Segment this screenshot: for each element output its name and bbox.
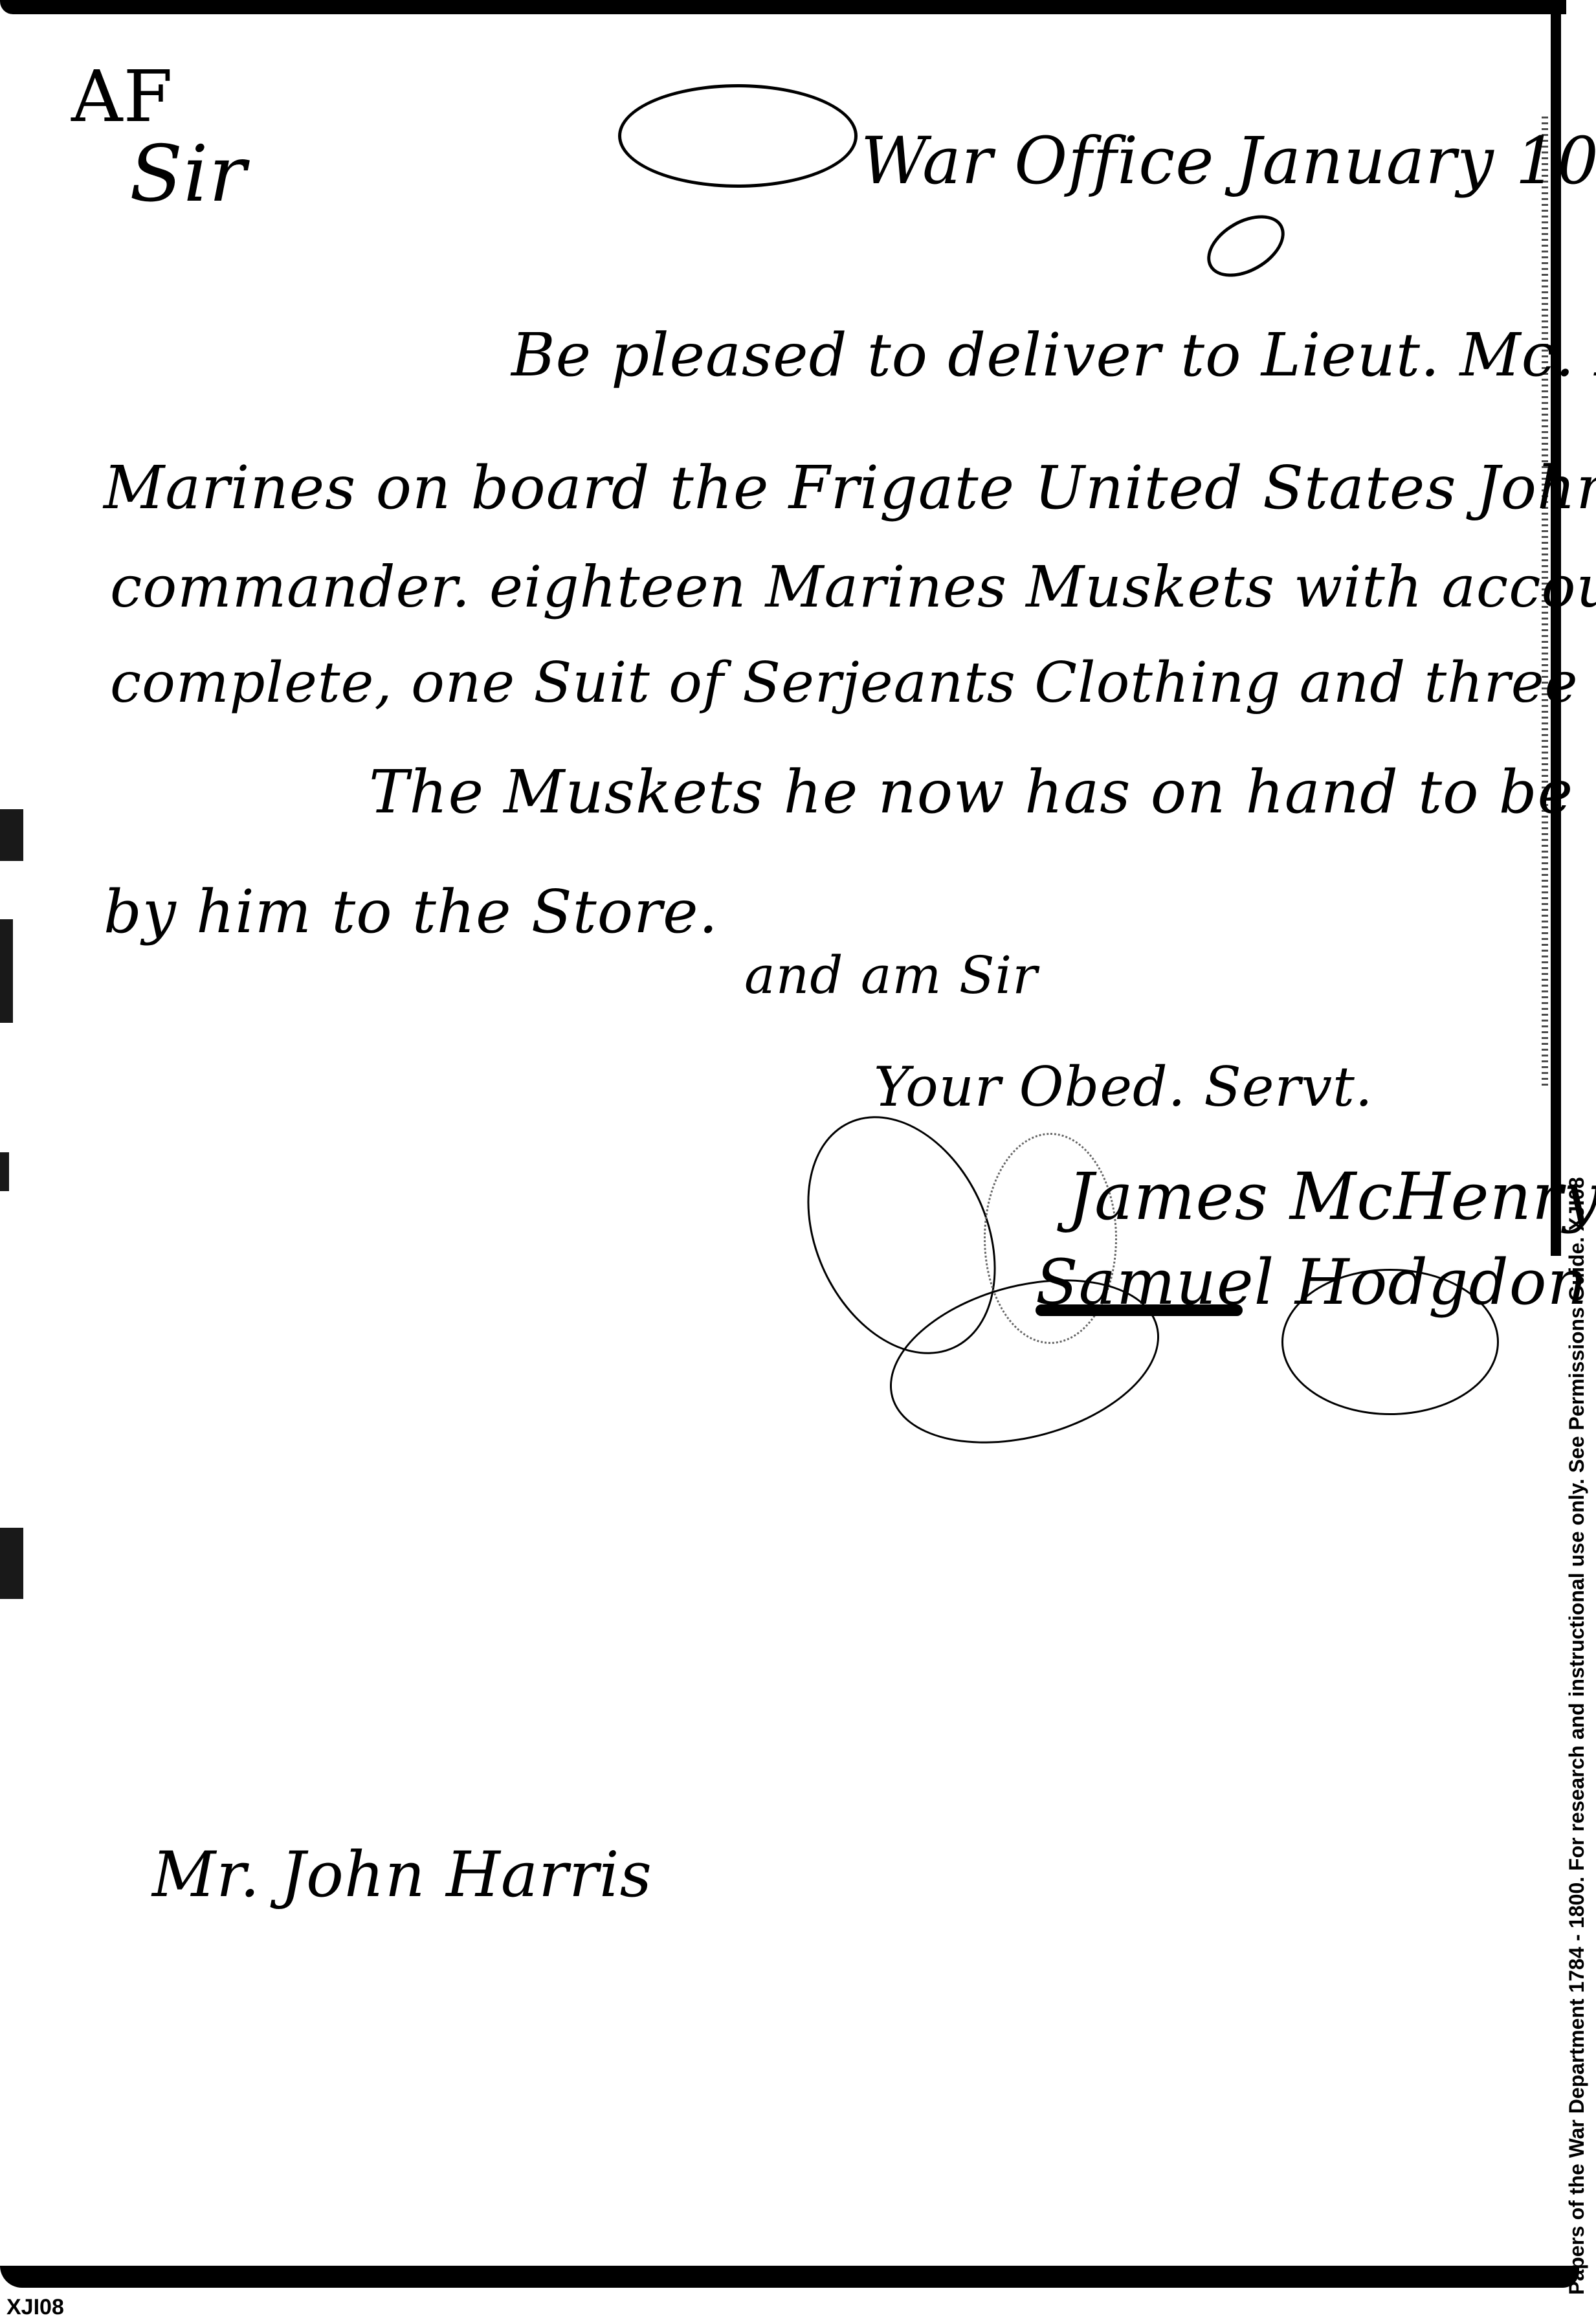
archive-corner-id: XJI08 — [6, 2295, 64, 2320]
dateline-flourish — [618, 84, 858, 188]
scan-border-bottom — [0, 2266, 1579, 2288]
body-line-4: complete, one Suit of Serjeants Clothing… — [110, 651, 1596, 715]
body-line-6: by him to the Store. — [104, 877, 718, 946]
dateline-y-loop — [1197, 203, 1296, 289]
letter-page: AF Sir War Office January 10.th 1798 Be … — [0, 0, 1596, 2324]
salutation: Sir — [129, 129, 247, 219]
scan-edge-mark — [0, 809, 23, 861]
closing-line-1: and am Sir — [744, 945, 1037, 1005]
scan-edge-mark — [0, 1528, 23, 1599]
body-line-5: The Muskets he now has on hand to be ret… — [369, 757, 1596, 827]
body-line-3: commander. eighteen Marines Muskets with… — [110, 553, 1596, 620]
scan-border-top — [0, 0, 1566, 14]
archive-side-caption: Papers of the War Department 1784 - 1800… — [1565, 1177, 1589, 2295]
scan-edge-mark — [0, 919, 13, 1023]
signature-james-mchenry: James McHenry — [1068, 1159, 1596, 1235]
closing-line-2: Your Obed. Servt. — [874, 1055, 1373, 1119]
annotation-mark: AF — [71, 55, 173, 138]
body-line-1: Be pleased to deliver to Lieut. Mc. Rea … — [511, 320, 1596, 390]
dateline: War Office January 10.th 1798 — [861, 123, 1596, 199]
signature-underline — [1036, 1304, 1243, 1316]
signature-flourish — [1281, 1269, 1499, 1415]
addressee: Mr. John Harris — [152, 1838, 652, 1911]
scan-edge-mark — [0, 1152, 9, 1191]
body-line-2: Marines on board the Frigate United Stat… — [104, 453, 1596, 522]
